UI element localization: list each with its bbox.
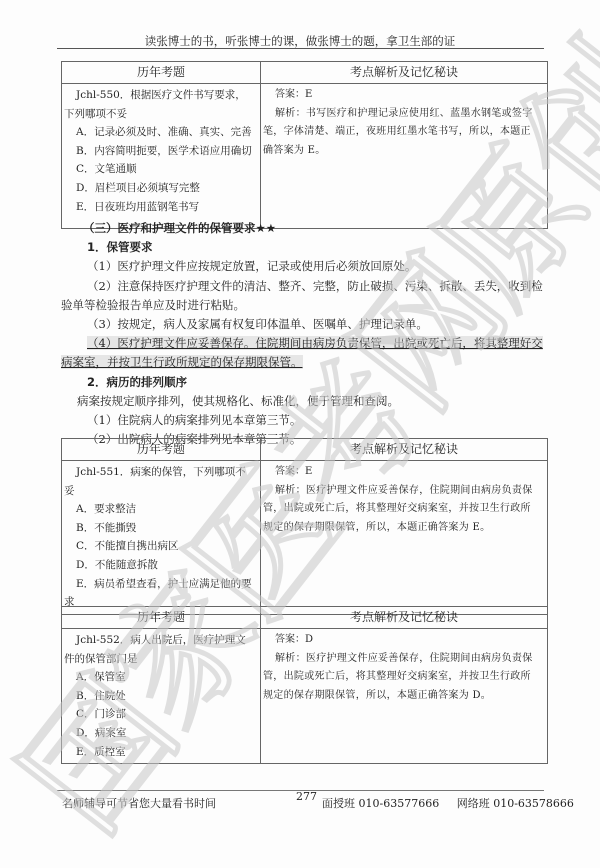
subsection-heading-storage: 1．保管要求 (61, 238, 547, 257)
option-d: D．不能随意拆散 (64, 556, 254, 575)
analysis-cell: 答案：E 解析：书写医疗和护理记录应使用红、蓝墨水钢笔或签字笔，字体清楚、端正，… (261, 84, 548, 229)
storage-item-4-highlighted: （4）医疗护理文件应妥善保存。住院期间由病房负责保管，出院或死亡后，将其整理好交… (61, 336, 543, 369)
option-e: E．质控室 (64, 743, 254, 762)
analysis-cell: 答案：D 解析：医疗护理文件应妥善保存，住院期间由病房负责保管，出院或死亡后，将… (261, 629, 548, 764)
order-intro: 病案按规定顺序排列，使其规格化、标准化，便于管理和查阅。 (61, 392, 547, 411)
footer-contacts: 面授班 010-63577666 网络班 010-63578666 (322, 795, 588, 811)
question-column-header: 历年考题 (62, 607, 261, 629)
answer-text: 答案：E (263, 86, 541, 105)
storage-item-3: （3）按规定，病人及家属有权复印体温单、医嘱单、护理记录单。 (61, 315, 547, 334)
header-divider (57, 48, 544, 49)
question-table-552: 历年考题 考点解析及记忆秘诀 Jchl-552．病人出院后，医疗护理文件的保管部… (61, 606, 548, 764)
option-d: D．病案室 (64, 724, 254, 743)
option-a: A．要求整洁 (64, 500, 254, 519)
question-cell: Jchl-552．病人出院后，医疗护理文件的保管部门是 A．保管室 B．住院处 … (62, 629, 261, 764)
option-c: C．文笔通顺 (64, 160, 254, 179)
question-cell: Jchl-550．根据医疗文件书写要求，下列哪项不妥 A．记录必须及时、准确、真… (62, 84, 261, 229)
analysis-column-header: 考点解析及记忆秘诀 (261, 62, 548, 84)
option-b: B．不能撕毁 (64, 519, 254, 538)
question-column-header: 历年考题 (62, 439, 261, 461)
order-item-1: （1）住院病人的病案排列见本章第三节。 (61, 411, 547, 430)
question-stem: Jchl-550．根据医疗文件书写要求，下列哪项不妥 (64, 86, 254, 123)
question-table-551: 历年考题 考点解析及记忆秘诀 Jchl-551．病案的保管，下列哪项不妥 A．要… (61, 438, 548, 615)
explanation-text: 解析：书写医疗和护理记录应使用红、蓝墨水钢笔或签字笔，字体清楚、端正，夜班用红墨… (263, 105, 541, 161)
option-c: C．门诊部 (64, 705, 254, 724)
explanation-text: 解析：医疗护理文件应妥善保存，住院期间由病房负责保管，出院或死亡后，将其整理好交… (263, 482, 541, 538)
analysis-cell: 答案：E 解析：医疗护理文件应妥善保存，住院期间由病房负责保管，出院或死亡后，将… (261, 461, 548, 615)
analysis-column-header: 考点解析及记忆秘诀 (261, 607, 548, 629)
question-stem: Jchl-551．病案的保管，下列哪项不妥 (64, 463, 254, 500)
question-cell: Jchl-551．病案的保管，下列哪项不妥 A．要求整洁 B．不能撕毁 C．不能… (62, 461, 261, 615)
option-a: A．记录必须及时、准确、真实、完善 (64, 123, 254, 142)
question-column-header: 历年考题 (62, 62, 261, 84)
option-e: E．日夜班均用蓝钢笔书写 (64, 198, 254, 217)
online-class-phone: 网络班 010-63578666 (457, 797, 574, 810)
storage-item-1: （1）医疗护理文件应按规定放置，记录或使用后必须放回原处。 (61, 257, 547, 276)
question-stem: Jchl-552．病人出院后，医疗护理文件的保管部门是 (64, 631, 254, 668)
option-b: B．内容简明扼要，医学术语应用确切 (64, 142, 254, 161)
subsection-heading-order: 2．病历的排列顺序 (61, 373, 547, 392)
option-b: B．住院处 (64, 687, 254, 706)
storage-requirements-section: （三）医疗和护理文件的保管要求★★ 1．保管要求 （1）医疗护理文件应按规定放置… (61, 219, 547, 449)
option-c: C．不能擅自携出病区 (64, 537, 254, 556)
storage-item-2: （2）注意保持医疗护理文件的清洁、整齐、完整，防止破损、污染、拆散、丢失，收到检… (61, 277, 547, 315)
footer-slogan: 名师辅导可节省您大量看书时间 (62, 795, 216, 811)
inperson-class-phone: 面授班 010-63577666 (322, 797, 439, 810)
page-header-tagline: 读张博士的书，听张博士的课，做张博士的题，拿卫生部的证 (0, 33, 600, 49)
option-d: D．眉栏项目必须填写完整 (64, 179, 254, 198)
option-a: A．保管室 (64, 668, 254, 687)
section-heading: （三）医疗和护理文件的保管要求★★ (61, 219, 547, 238)
answer-text: 答案：E (263, 463, 541, 482)
page-number: 277 (296, 790, 317, 803)
analysis-column-header: 考点解析及记忆秘诀 (261, 439, 548, 461)
explanation-text: 解析：医疗护理文件应妥善保存，住院期间由病房负责保管，出院或死亡后，将其整理好交… (263, 650, 541, 706)
question-table-550: 历年考题 考点解析及记忆秘诀 Jchl-550．根据医疗文件书写要求，下列哪项不… (61, 61, 548, 229)
answer-text: 答案：D (263, 631, 541, 650)
